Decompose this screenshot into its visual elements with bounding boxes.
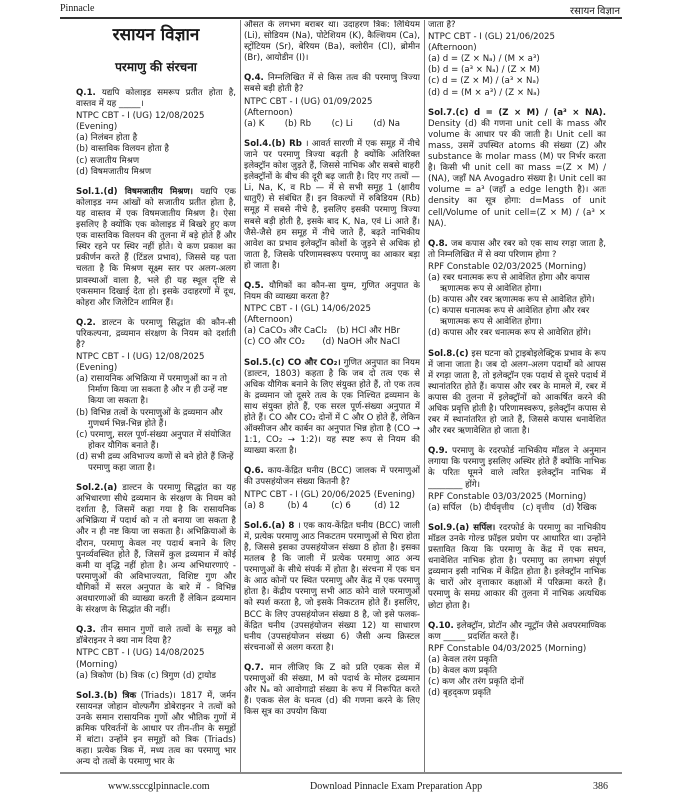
question-number: Q.9. [428,446,448,456]
option-b: (b) विभिन्न तत्वों के परमाणुओं के द्रव्य… [76,408,236,430]
solution-8: Sol.8.(c) इस घटना को ट्राइबोइलेक्ट्रिक प… [428,349,606,438]
option-c: (c) वृत्तीय [522,503,554,514]
subject-name: रसायन विज्ञान [570,3,620,17]
option-b: (b) d = (a³ × Nₐ) / (Z × M) [428,65,606,76]
exam-source: NTPC CBT - I (UG) 12/08/2025 (Evening) [76,352,236,374]
option-b: (b) दीर्घवृत्तीय [469,503,514,514]
question-5: Q.5. यौगिकों का कौन-सा युग्म, गुणित अनुप… [244,281,420,349]
option-a: (a) K [244,119,264,130]
option-d: (d) Na [373,119,400,130]
exam-source: RPF Constable 02/03/2025 (Morning) [428,262,606,273]
website-link[interactable]: www.ssccglpinnacle.com [108,781,210,792]
question-number: Q.3. [76,625,96,635]
question-number: Q.2. [76,318,96,328]
option-a: (a) 8 [244,501,264,512]
question-stem: तीन समान गुणों वाले तत्वों के समूह को डॉ… [76,625,236,646]
question-stem: जाता है? [428,20,606,31]
question-3: Q.3. तीन समान गुणों वाले तत्वों के समूह … [76,625,236,681]
solution-9: Sol.9.(a) सर्पिल। रदरफोर्ड के परमाणु का … [428,523,606,612]
question-8: Q.8. जब कपास और रबर को एक साथ रगड़ा जाता… [428,239,606,340]
exam-source: NTPC CBT - I (GL) 14/06/2025 (Afternoon) [244,304,420,326]
option-a: (a) रबर धनात्मक रूप से आवेशित होगा और कप… [428,273,606,295]
option-c: (c) CO और CO₂ [244,337,305,348]
question-number: Q.7. [244,663,264,673]
solution-4: Sol.4.(b) Rb । आवर्त सारणी में एक समूह म… [244,139,420,272]
page-title: रसायन विज्ञान [76,22,236,48]
solution-3: Sol.3.(b) त्रिक (Triads)। 1817 में, जर्म… [76,691,236,769]
option-c: (c) त्रिगुण [147,671,179,682]
solution-2: Sol.2.(a) डाल्टन के परमाणु सिद्धांत का य… [76,483,236,616]
exam-source: NTPC CBT - I (GL) 20/06/2025 (Evening) [244,490,420,501]
question-number: Q.4. [244,73,264,83]
solution-5: Sol.5.(c) CO और CO₂। गुणित अनुपात का निय… [244,358,420,458]
solution-head: Sol.5.(c) CO और CO₂। [244,358,341,368]
brand-name: Pinnacle [60,3,94,14]
option-c: (c) सजातीय मिश्रण [76,156,236,167]
question-stem: यौगिकों का कौन-सा युग्म, गुणित अनुपात के… [244,281,420,302]
exam-source: NTPC CBT - I (UG) 01/09/2025 (Afternoon) [244,97,420,119]
option-a: (a) निलंबन होता है [76,133,236,144]
option-d: (d) रैखिक [562,503,596,514]
option-a: (a) त्रिकोण [76,671,113,682]
column-divider [240,20,241,772]
option-c: (c) Li [332,119,353,130]
question-number: Q.1. [76,88,96,98]
question-2: Q.2. डाल्टन के परमाणु सिद्धांत की कौन-सी… [76,318,236,474]
app-promo: Download Pinnacle Exam Preparation App [310,781,482,792]
column-2: औसत के लगभग बराबर था। उदाहरण त्रिक: लिथि… [244,20,420,772]
option-b: (b) Rb [285,119,311,130]
solution-head: Sol.7.(c) d = (Z × M) / (a³ × NA). [428,108,606,118]
solution-7: Sol.7.(c) d = (Z × M) / (a³ × NA). Densi… [428,108,606,230]
question-7: Q.7. मान लीजिए कि Z को प्रति एकक सेल में… [244,663,420,718]
question-stem: काय-केंद्रित घनीय (BCC) जालक में परमाणुओ… [244,466,420,487]
question-number: Q.8. [428,239,448,249]
solution-text: गुणित अनुपात का नियम (डाल्टन, 1803) कहता… [244,358,420,457]
option-b: (b) 4 [288,501,308,512]
page-number: 386 [593,781,608,792]
footer-divider [60,772,622,774]
option-b: (b) त्रिक [116,671,144,682]
section-title: परमाणु की संरचना [76,58,236,76]
option-d: (d) विषमजातीय मिश्रण [76,167,236,178]
solution-1: Sol.1.(d) विषमजातीय मिश्रण। यद्यपि एक को… [76,187,236,309]
option-a: (a) केवल तरंग प्रकृति [428,655,606,666]
question-6: Q.6. काय-केंद्रित घनीय (BCC) जालक में पर… [244,466,420,511]
question-7-continued: जाता है? NTPC CBT - I (GL) 21/06/2025 (A… [428,20,606,99]
question-4: Q.4. निम्नलिखित में से किस तत्व की परमाण… [244,73,420,129]
solution-head: Sol.2.(a) [76,483,117,493]
option-c: (c) d = (Z × M) / (a³ × Nₐ) [428,76,606,87]
question-stem: यद्यपि कोलाइड समरूप प्रतीत होता है, वास्… [76,88,236,109]
solution-text: । आवर्त सारणी में एक समूह में नीचे जाने … [244,139,420,271]
question-stem: डाल्टन के परमाणु सिद्धांत की कौन-सी परिक… [76,318,236,350]
solution-text: यद्यपि एक कोलाइड नग्न आंखों को सजातीय प्… [76,187,236,308]
option-d: (d) बृहद्कण प्रकृति [428,688,606,699]
column-3: जाता है? NTPC CBT - I (GL) 21/06/2025 (A… [428,20,606,772]
page-header: Pinnacle रसायन विज्ञान [60,3,620,17]
question-stem: इलेक्ट्रॉन, प्रोटॉन और न्यूट्रॉन जैसे अव… [428,621,606,642]
question-9: Q.9. परमाणु के रदरफोर्ड नाभिकीय मॉडल ने … [428,446,606,514]
question-number: Q.6. [244,466,264,476]
question-stem: मान लीजिए कि Z को प्रति एकक सेल में परमा… [244,663,420,717]
option-d: (d) d = (M × a³) / (Z × Nₐ) [428,88,606,99]
question-1: Q.1. यद्यपि कोलाइड समरूप प्रतीत होता है,… [76,88,236,178]
solution-3-continued: औसत के लगभग बराबर था। उदाहरण त्रिक: लिथि… [244,20,420,64]
option-a: (a) सर्पिल [428,503,461,514]
option-c: (c) कण और तरंग प्रकृति दोनों [428,677,606,688]
option-c: (c) परमाणु, सरल पूर्ण-संख्या अनुपात में … [76,430,236,452]
option-c: (c) कपास धनात्मक रूप से आवेशित होगा और र… [428,306,606,328]
exam-source: RPF Constable 04/03/2025 (Morning) [428,644,606,655]
solution-head: Sol.1.(d) विषमजातीय मिश्रण। [76,187,193,197]
option-d: (d) NaOH और NaCl [322,337,400,348]
option-a: (a) d = (Z × Nₐ) / (M × a³) [428,54,606,65]
option-d: (d) कपास और रबर धनात्मक रूप से आवेशित हो… [428,328,606,339]
question-number: Q.10. [428,621,454,631]
solution-text: इस घटना को ट्राइबोइलेक्ट्रिक प्रभाव के र… [428,349,606,437]
option-a: (a) रासायनिक अभिक्रिया में परमाणुओं का न… [76,374,236,407]
solution-text: । एक काय-केंद्रित घनीय (BCC) जाली में, प… [244,521,420,653]
solution-head: Sol.8.(c) [428,349,469,359]
solution-head: Sol.9.(a) सर्पिल। [428,523,495,533]
exam-source: NTPC CBT - I (UG) 14/08/2025 (Morning) [76,648,236,670]
column-1: रसायन विज्ञान परमाणु की संरचना Q.1. यद्य… [76,20,236,772]
question-stem: निम्नलिखित में से किस तत्व की परमाणु त्र… [244,73,420,94]
header-divider [60,17,622,19]
option-d: (d) ट्रायोड [183,671,216,682]
question-stem: परमाणु के रदरफोर्ड नाभिकीय मॉडल ने अनुमा… [428,446,606,489]
exam-source: NTPC CBT - I (UG) 12/08/2025 (Evening) [76,111,236,133]
option-c: (c) 6 [331,501,351,512]
option-b: (b) HCl और HBr [337,326,400,337]
solution-6: Sol.6.(a) 8 । एक काय-केंद्रित घनीय (BCC)… [244,521,420,654]
solution-text: (Triads)। 1817 में, जर्मन रसायनज्ञ जोहान… [76,691,236,768]
option-a: (a) CaCO₃ और CaCl₂ [244,326,327,337]
solution-head: Sol.4.(b) Rb [244,139,302,149]
solution-text: रदरफोर्ड के परमाणु का नाभिकीय मॉडल उनके … [428,523,606,611]
question-10: Q.10. इलेक्ट्रॉन, प्रोटॉन और न्यूट्रॉन ज… [428,621,606,700]
question-number: Q.5. [244,281,264,291]
option-d: (d) 12 [374,501,400,512]
solution-head: Sol.6.(a) 8 [244,521,294,531]
exam-source: RPF Constable 03/03/2025 (Morning) [428,492,606,503]
option-b: (b) कपास और रबर ऋणात्मक रूप से आवेशित हो… [428,295,606,306]
option-d: (d) सभी द्रव्य अविभाज्य कणों से बने होते… [76,452,236,474]
option-b: (b) वास्तविक विलयन होता है [76,144,236,155]
exam-source: NTPC CBT - I (GL) 21/06/2025 (Afternoon) [428,32,606,54]
solution-text: डाल्टन के परमाणु सिद्धांत का यह अभिधारणा… [76,483,236,615]
solution-text: Density (d) की गणना unit cell के mass और… [428,119,606,229]
column-divider [424,20,425,772]
question-stem: जब कपास और रबर को एक साथ रगड़ा जाता है, … [428,239,606,260]
solution-head: Sol.3.(b) त्रिक [76,691,136,701]
page-footer: www.ssccglpinnacle.com Download Pinnacle… [60,772,622,800]
option-b: (b) केवल कण प्रकृति [428,666,606,677]
